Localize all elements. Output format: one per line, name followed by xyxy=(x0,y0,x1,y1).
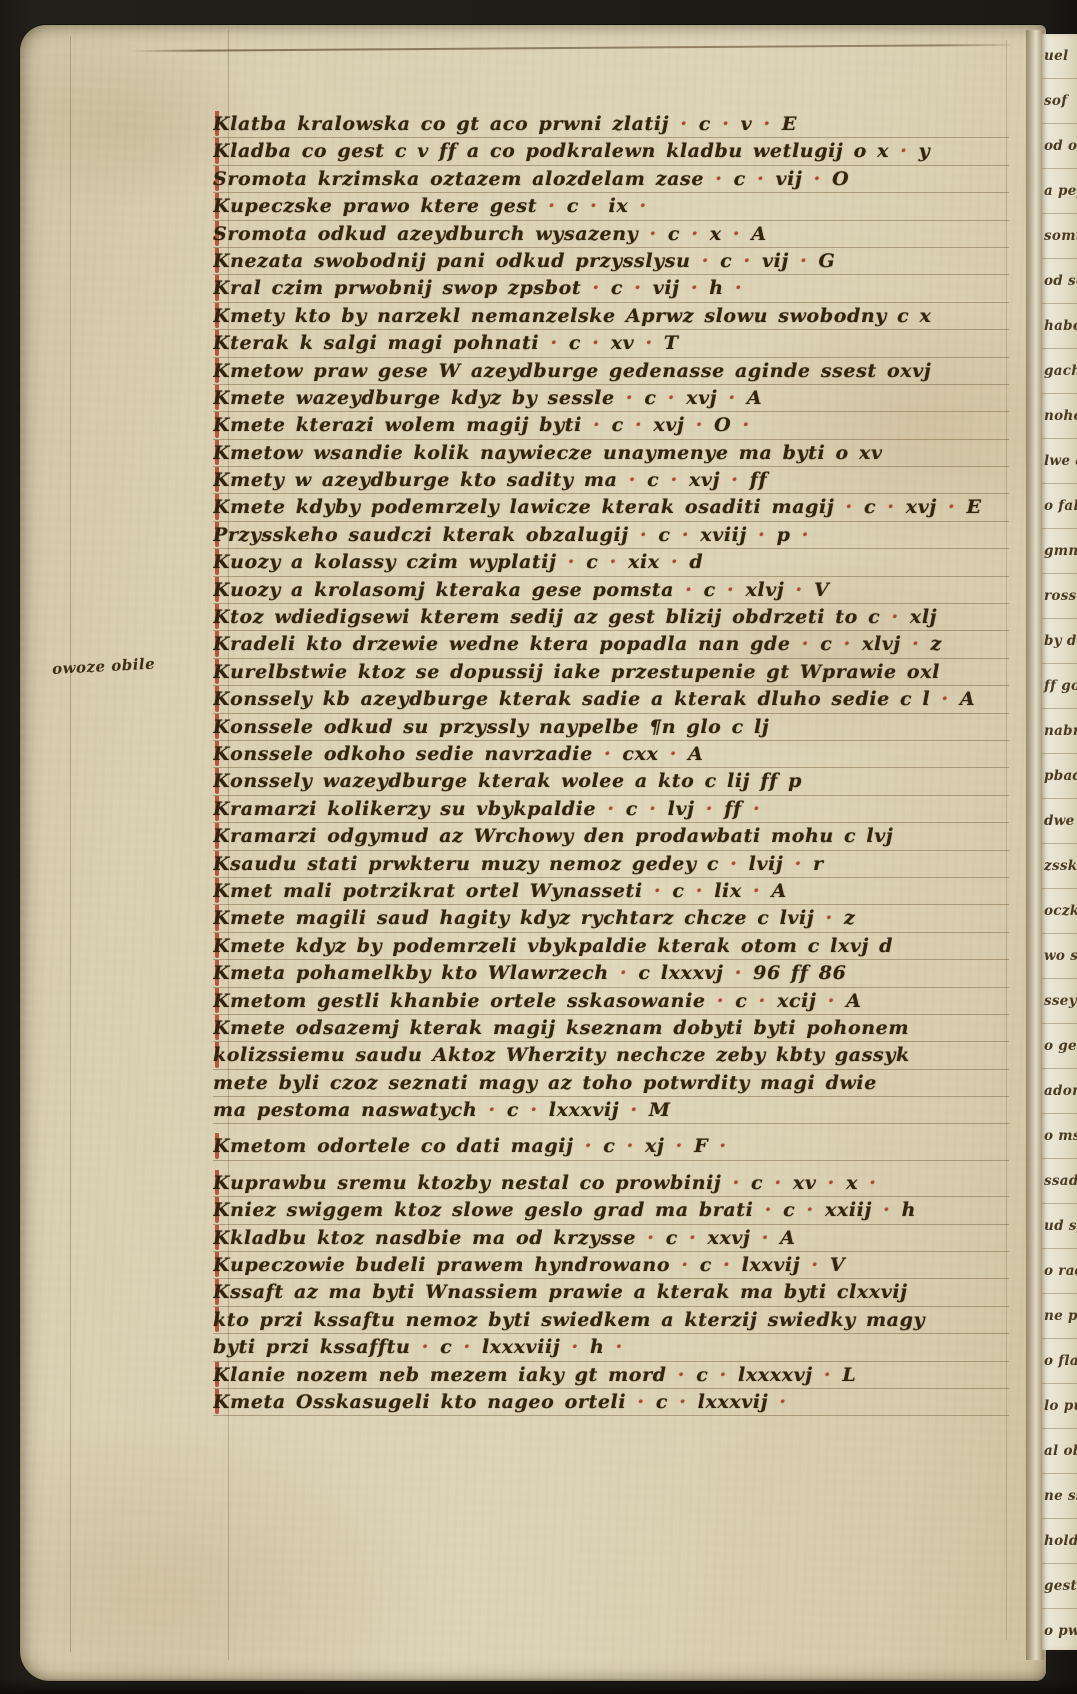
rubric-dot: · xyxy=(639,524,648,546)
manuscript-line: ma pestoma naswatych · c · lxxxvij · M xyxy=(213,1097,1009,1124)
rubric-dot: · xyxy=(584,1135,593,1157)
manuscript-line: Kmet mali potrzikrat ortel Wynasseti · c… xyxy=(213,878,1009,905)
next-folio-text-fragment: lwe a xyxy=(1042,439,1077,484)
manuscript-line: Kmetom odortele co dati magij · c · xj ·… xyxy=(213,1133,1009,1160)
rubric-dot: · xyxy=(701,250,710,272)
next-folio-text-fragment: ssey s xyxy=(1042,979,1077,1024)
rubric-dot: · xyxy=(813,168,822,190)
rubric-dot: · xyxy=(729,853,738,875)
rubric-dot: · xyxy=(603,743,612,765)
rubric-dot: · xyxy=(634,414,643,436)
next-folio-text-fragment: o fla xyxy=(1042,1339,1077,1384)
rubric-dot: · xyxy=(680,1254,689,1276)
rubricated-initial: K xyxy=(213,1362,230,1388)
rubric-dot: · xyxy=(646,1227,655,1249)
rubric-dot: · xyxy=(827,1172,836,1194)
manuscript-line: Ksaudu stati prwkteru muzy nemoz gedey c… xyxy=(213,851,1009,878)
rubric-dot: · xyxy=(742,414,751,436)
rubricated-initial: K xyxy=(213,988,230,1014)
rubric-dot: · xyxy=(899,140,908,162)
rubric-dot: · xyxy=(827,990,836,1012)
rubricated-initial: K xyxy=(213,878,230,904)
rubric-dot: · xyxy=(648,798,657,820)
manuscript-line: Konssely kb azeydburge kterak sadie a kt… xyxy=(213,686,1009,713)
rubric-dot: · xyxy=(678,1391,687,1413)
rubric-dot: · xyxy=(677,1364,686,1386)
rubric-dot: · xyxy=(730,469,739,491)
rubricated-initial: K xyxy=(213,960,230,986)
next-folio-text-fragment: gest xyxy=(1042,1564,1077,1609)
rubric-dot: · xyxy=(705,798,714,820)
next-folio-text-fragment: ne pk xyxy=(1042,1294,1077,1339)
rubric-dot: · xyxy=(592,414,601,436)
rubric-dot: · xyxy=(690,223,699,245)
next-folio-text-fragment: dwe k xyxy=(1042,799,1077,844)
manuscript-line: Kmete wazeydburge kdyz by sessle · c · x… xyxy=(213,385,1009,412)
next-folio-text-fragment: ff go xyxy=(1042,664,1077,709)
rubric-dot: · xyxy=(726,579,735,601)
next-folio-text-fragment: hold xyxy=(1042,1519,1077,1564)
rubric-dot: · xyxy=(639,195,648,217)
rubric-dot: · xyxy=(463,1336,472,1358)
rubric-dot: · xyxy=(630,1099,639,1121)
rubric-dot: · xyxy=(529,1099,538,1121)
rubric-dot: · xyxy=(679,113,688,135)
rubric-dot: · xyxy=(670,551,679,573)
rubric-dot: · xyxy=(794,853,803,875)
rubric-dot: · xyxy=(778,1391,787,1413)
rubric-dot: · xyxy=(752,798,761,820)
rubricated-initial: K xyxy=(213,686,230,712)
rubric-dot: · xyxy=(947,496,956,518)
rubric-dot: · xyxy=(690,277,699,299)
next-folio-text-fragment: sof xyxy=(1042,79,1077,124)
manuscript-line: Kterak k salgi magi pohnati · c · xv · T xyxy=(213,330,1009,357)
rubricated-initial: K xyxy=(213,193,230,219)
next-folio-text-fragment: o mst xyxy=(1042,1114,1077,1159)
manuscript-line: Kmete odsazemj kterak magij kseznam doby… xyxy=(213,1015,1009,1042)
rubricated-initial: K xyxy=(213,1197,230,1223)
rubricated-initial: K xyxy=(213,768,230,794)
rubricated-initial: K xyxy=(213,1015,230,1041)
manuscript-line: Kniez swiggem ktoz slowe geslo grad ma b… xyxy=(213,1197,1009,1224)
rubricated-initial: K xyxy=(213,467,230,493)
next-folio-text-fragment: a pey xyxy=(1042,169,1077,214)
rubricated-initial: K xyxy=(213,851,230,877)
manuscript-line: Kssaft az ma byti Wnassiem prawie a kter… xyxy=(213,1279,1009,1306)
rubricated-initial: K xyxy=(213,358,230,384)
rubric-dot: · xyxy=(547,195,556,217)
rubric-dot: · xyxy=(763,113,772,135)
rubricated-initial: K xyxy=(213,1279,230,1305)
rubric-dot: · xyxy=(649,223,658,245)
next-folio-text-fragment: al ob xyxy=(1042,1429,1077,1474)
next-folio-text-fragment: habe xyxy=(1042,304,1077,349)
rubricated-initial: K xyxy=(213,905,230,931)
rubricated-initial: K xyxy=(213,303,230,329)
rubric-dot: · xyxy=(619,962,628,984)
rubricated-initial: K xyxy=(213,659,230,685)
manuscript-line: kto przi kssaftu nemoz byti swiedkem a k… xyxy=(213,1307,1009,1334)
manuscript-photo: owoze obile Klatba kralowska co gt aco p… xyxy=(0,0,1077,1694)
rubric-dot: · xyxy=(761,1227,770,1249)
manuscript-line: Kupeczowie budeli prawem hyndrowano · c … xyxy=(213,1252,1009,1279)
next-folio-text-fragment: o rad xyxy=(1042,1249,1077,1294)
left-margin-ruling xyxy=(70,36,71,1652)
rubricated-initial: K xyxy=(213,111,230,137)
rubricated-initial: K xyxy=(213,275,230,301)
rubric-dot: · xyxy=(845,496,854,518)
rubricated-initial: K xyxy=(213,138,230,164)
rubric-dot: · xyxy=(843,633,852,655)
text-column: Klatba kralowska co gt aco prwni zlatij … xyxy=(213,111,1009,1416)
next-folio-text-fragment: lo pu xyxy=(1042,1384,1077,1429)
rubricated-initial: K xyxy=(213,823,230,849)
rubric-dot: · xyxy=(719,1364,728,1386)
rubricated-initial: K xyxy=(213,933,230,959)
rubric-dot: · xyxy=(670,469,679,491)
rubric-dot: · xyxy=(825,907,834,929)
manuscript-line: Kmetow wsandie kolik naywiecze unaymenye… xyxy=(213,440,1009,467)
rubric-dot: · xyxy=(718,1135,727,1157)
manuscript-line: Kmety kto by narzekl nemanzelske Aprwz s… xyxy=(213,303,1009,330)
manuscript-line: Kramarzi odgymud az Wrchowy den prodawba… xyxy=(213,823,1009,850)
manuscript-line: byti przi kssafftu · c · lxxxviij · h · xyxy=(213,1334,1009,1361)
rubric-dot: · xyxy=(695,880,704,902)
rubric-dot: · xyxy=(675,1135,684,1157)
rubric-dot: · xyxy=(795,579,804,601)
rubricated-initial: K xyxy=(213,1133,230,1159)
rubric-dot: · xyxy=(734,277,743,299)
bottom-shadow xyxy=(0,1678,1077,1694)
rubric-dot: · xyxy=(487,1099,496,1121)
manuscript-line: Sromota krzimska oztazem alozdelam zase … xyxy=(213,166,1009,193)
rubric-dot: · xyxy=(891,606,900,628)
rubricated-initial: S xyxy=(213,221,227,247)
rubric-dot: · xyxy=(801,524,810,546)
rubricated-initial: K xyxy=(213,248,230,274)
rubric-dot: · xyxy=(714,168,723,190)
next-folio-text-fragment: o fal xyxy=(1042,484,1077,529)
next-folio-text-fragment: ne ssy xyxy=(1042,1474,1077,1519)
next-folio-text-fragment: rossr xyxy=(1042,574,1077,619)
rubric-dot: · xyxy=(716,990,725,1012)
next-folio-text-fragment: od so xyxy=(1042,259,1077,304)
manuscript-line: Ktoz wdiedigsewi kterem sedij az gest bl… xyxy=(213,604,1009,631)
manuscript-line: Kmete kdyby podemrzely lawicze kterak os… xyxy=(213,494,1009,521)
next-folio-text-fragment: ssad g xyxy=(1042,1159,1077,1204)
manuscript-line: Kral czim prwobnij swop zpsbot · c · vij… xyxy=(213,275,1009,302)
rubric-dot: · xyxy=(732,1172,741,1194)
manuscript-line: Kupeczske prawo ktere gest · c · ix · xyxy=(213,193,1009,220)
manuscript-line: Przysskeho saudczi kterak obzalugij · c … xyxy=(213,522,1009,549)
rubricated-initial: K xyxy=(213,494,230,520)
manuscript-line: Kramarzi kolikerzy su vbykpaldie · c · l… xyxy=(213,796,1009,823)
next-folio-text-fragment: o pw xyxy=(1042,1609,1077,1650)
rubric-dot: · xyxy=(549,332,558,354)
next-folio-text-fragment: pbad xyxy=(1042,754,1077,799)
manuscript-line: Kmeta pohamelkby kto Wlawrzech · c lxxxv… xyxy=(213,960,1009,987)
rubricated-initial: K xyxy=(213,741,230,767)
manuscript-line: Konssele odkoho sedie navrzadie · cxx · … xyxy=(213,741,1009,768)
next-folio-text-fragment: ud sy xyxy=(1042,1204,1077,1249)
next-folio-text-fragment: nabr xyxy=(1042,709,1077,754)
rubricated-initial: k xyxy=(213,1307,227,1333)
next-folio-edge: uelsofod oa peysomtod sohabegach anoholw… xyxy=(1042,34,1077,1650)
rubric-dot: · xyxy=(886,496,895,518)
rubric-dot: · xyxy=(695,414,704,436)
next-folio-text-fragment: gmn xyxy=(1042,529,1077,574)
rubric-dot: · xyxy=(911,633,920,655)
rubric-dot: · xyxy=(628,469,637,491)
rubricated-initial: K xyxy=(213,385,230,411)
rubric-dot: · xyxy=(571,1336,580,1358)
rubric-dot: · xyxy=(609,551,618,573)
rubric-dot: · xyxy=(743,250,752,272)
rubric-dot: · xyxy=(806,1199,815,1221)
rubric-dot: · xyxy=(823,1364,832,1386)
rubric-dot: · xyxy=(757,524,766,546)
manuscript-line: Kmetom gestli khanbie ortele sskasowanie… xyxy=(213,988,1009,1015)
rubricated-initial: K xyxy=(213,1225,230,1251)
next-folio-text-fragment: wo sw xyxy=(1042,934,1077,979)
rubricated-initial: k xyxy=(213,1042,227,1068)
rubric-dot: · xyxy=(645,332,654,354)
manuscript-line: Konssele odkud su przyssly naypelbe ¶n g… xyxy=(213,714,1009,741)
manuscript-line: Kmetow praw gese W azeydburge gedenasse … xyxy=(213,358,1009,385)
manuscript-line: Kkladbu ktoz nasdbie ma od krzysse · c ·… xyxy=(213,1225,1009,1252)
rubric-dot: · xyxy=(799,250,808,272)
manuscript-line: kolizssiemu saudu Aktoz Wherzity nechcze… xyxy=(213,1042,1009,1069)
manuscript-line: Klanie nozem neb mezem iaky gt mord · c … xyxy=(213,1362,1009,1389)
rubricated-initial: K xyxy=(213,796,230,822)
rubric-dot: · xyxy=(773,1172,782,1194)
next-folio-text-fragment: oczko xyxy=(1042,889,1077,934)
rubric-dot: · xyxy=(626,1135,635,1157)
rubricated-initial: K xyxy=(213,1170,230,1196)
next-folio-text-fragment: o gest xyxy=(1042,1024,1077,1069)
rubric-dot: · xyxy=(882,1199,891,1221)
rubric-dot: · xyxy=(591,277,600,299)
next-folio-text-fragment: somt xyxy=(1042,214,1077,259)
manuscript-line: Kmete magili saud hagity kdyz rychtarz c… xyxy=(213,905,1009,932)
rubric-dot: · xyxy=(722,1254,731,1276)
rubricated-initial: K xyxy=(213,412,230,438)
rubric-dot: · xyxy=(868,1172,877,1194)
manuscript-line: Kmete kdyz by podemrzeli vbykpaldie kter… xyxy=(213,933,1009,960)
rubric-dot: · xyxy=(732,223,741,245)
next-folio-text-fragment: uel xyxy=(1042,34,1077,79)
rubric-dot: · xyxy=(758,990,767,1012)
rubric-dot: · xyxy=(764,1199,773,1221)
manuscript-line: Kmety w azeydburge kto sadity ma · c · x… xyxy=(213,467,1009,494)
rubricated-initial: K xyxy=(213,440,230,466)
rubricated-initial: K xyxy=(213,604,230,630)
rubric-dot: · xyxy=(752,880,761,902)
rubric-dot: · xyxy=(421,1336,430,1358)
rubric-dot: · xyxy=(688,1227,697,1249)
rubric-dot: · xyxy=(667,387,676,409)
rubricated-initial: P xyxy=(213,522,228,548)
manuscript-line: Kmeta Osskasugeli kto nageo orteli · c ·… xyxy=(213,1389,1009,1416)
rubric-dot: · xyxy=(606,798,615,820)
rubricated-initial: K xyxy=(213,1252,230,1278)
rubric-dot: · xyxy=(653,880,662,902)
rubric-dot: · xyxy=(756,168,765,190)
manuscript-line: Knezata swobodnij pani odkud przysslysu … xyxy=(213,248,1009,275)
rubric-dot: · xyxy=(810,1254,819,1276)
rubricated-initial: K xyxy=(213,631,230,657)
next-folio-text-fragment: od o xyxy=(1042,124,1077,169)
rubric-dot: · xyxy=(940,688,949,710)
manuscript-line: Kladba co gest c v ff a co podkralewn kl… xyxy=(213,138,1009,165)
rubricated-initial: S xyxy=(213,166,227,192)
rubric-dot: · xyxy=(721,113,730,135)
next-folio-text-fragment: gach a xyxy=(1042,349,1077,394)
manuscript-line: Kuozy a kolassy czim wyplatij · c · xix … xyxy=(213,549,1009,576)
rubric-dot: · xyxy=(589,195,598,217)
rubric-dot: · xyxy=(615,1336,624,1358)
rubric-dot: · xyxy=(801,633,810,655)
rubric-dot: · xyxy=(567,551,576,573)
rubricated-initial: K xyxy=(213,714,230,740)
next-folio-text-fragment: zssk xyxy=(1042,844,1077,889)
rubricated-initial: K xyxy=(213,1389,230,1415)
next-folio-text-fragment: by dd xyxy=(1042,619,1077,664)
rubric-dot: · xyxy=(636,1391,645,1413)
manuscript-line: Konssely wazeydburge kterak wolee a kto … xyxy=(213,768,1009,795)
rubric-dot: · xyxy=(625,387,634,409)
manuscript-line: Klatba kralowska co gt aco prwni zlatij … xyxy=(213,111,1009,138)
rubric-dot: · xyxy=(591,332,600,354)
manuscript-line: Sromota odkud azeydburch wysazeny · c · … xyxy=(213,221,1009,248)
rubric-dot: · xyxy=(684,579,693,601)
rubric-dot: · xyxy=(734,962,743,984)
rubric-dot: · xyxy=(633,277,642,299)
rubricated-initial: K xyxy=(213,577,230,603)
manuscript-line: Kurelbstwie ktoz se dopussij iake przest… xyxy=(213,659,1009,686)
manuscript-line: mete byli czoz seznati magy az toho potw… xyxy=(213,1070,1009,1097)
rubric-dot: · xyxy=(669,743,678,765)
rubric-dot: · xyxy=(727,387,736,409)
next-folio-text-fragment: adony xyxy=(1042,1069,1077,1114)
manuscript-line: Kuprawbu sremu ktozby nestal co prowbini… xyxy=(213,1170,1009,1197)
manuscript-line: Kradeli kto drzewie wedne ktera popadla … xyxy=(213,631,1009,658)
manuscript-line: Kmete kterazi wolem magij byti · c · xvj… xyxy=(213,412,1009,439)
rubricated-initial: K xyxy=(213,549,230,575)
manuscript-line: Kuozy a krolasomj kteraka gese pomsta · … xyxy=(213,577,1009,604)
rubric-dot: · xyxy=(681,524,690,546)
rubricated-initial: K xyxy=(213,330,230,356)
next-folio-text-fragment: noho xyxy=(1042,394,1077,439)
